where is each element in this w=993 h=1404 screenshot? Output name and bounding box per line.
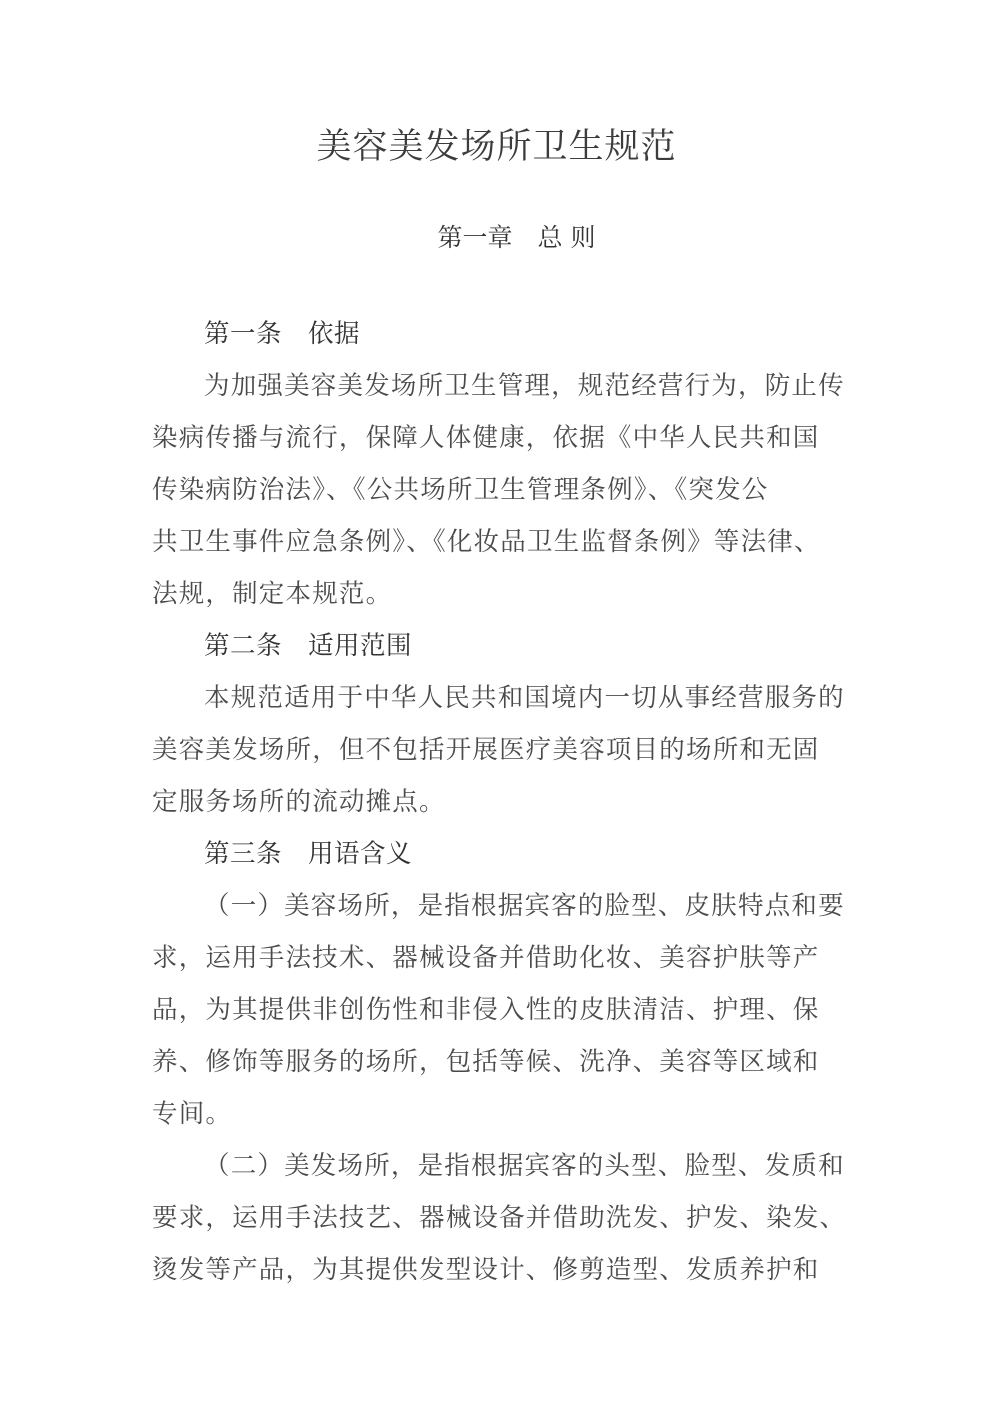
paragraph-line: 专间。 <box>152 1088 852 1140</box>
paragraph-line: 法规，制定本规范。 <box>152 568 852 620</box>
paragraph-line: 求，运用手法技术、器械设备并借助化妆、美容护肤等产 <box>152 932 852 984</box>
paragraph-line: 定服务场所的流动摊点。 <box>152 776 852 828</box>
article-heading: 第二条 适用范围 <box>152 620 852 672</box>
document-title: 美容美发场所卫生规范 <box>0 122 993 172</box>
paragraph-line: 本规范适用于中华人民共和国境内一切从事经营服务的 <box>152 672 852 724</box>
paragraph-line: （一）美容场所，是指根据宾客的脸型、皮肤特点和要 <box>152 880 852 932</box>
document-page: 美容美发场所卫生规范 第一章 总 则 第一条 依据 为加强美容美发场所卫生管理，… <box>0 0 993 1404</box>
paragraph-line: （二）美发场所，是指根据宾客的头型、脸型、发质和 <box>152 1140 852 1192</box>
paragraph-line: 美容美发场所，但不包括开展医疗美容项目的场所和无固 <box>152 724 852 776</box>
chapter-heading: 第一章 总 则 <box>0 218 993 258</box>
article-heading: 第三条 用语含义 <box>152 828 852 880</box>
paragraph-line: 传染病防治法》、《公共场所卫生管理条例》、《突发公 <box>152 464 852 516</box>
paragraph-line: 要求，运用手法技艺、器械设备并借助洗发、护发、染发、 <box>152 1192 852 1244</box>
paragraph-line: 养、修饰等服务的场所，包括等候、洗净、美容等区域和 <box>152 1036 852 1088</box>
paragraph-line: 烫发等产品，为其提供发型设计、修剪造型、发质养护和 <box>152 1244 852 1296</box>
paragraph-line: 品，为其提供非创伤性和非侵入性的皮肤清洁、护理、保 <box>152 984 852 1036</box>
paragraph-line: 染病传播与流行，保障人体健康，依据《中华人民共和国 <box>152 412 852 464</box>
article-heading: 第一条 依据 <box>152 308 852 360</box>
document-body: 第一条 依据 为加强美容美发场所卫生管理，规范经营行为，防止传 染病传播与流行，… <box>152 308 852 1296</box>
paragraph-line: 共卫生事件应急条例》、《化妆品卫生监督条例》等法律、 <box>152 516 852 568</box>
paragraph-line: 为加强美容美发场所卫生管理，规范经营行为，防止传 <box>152 360 852 412</box>
